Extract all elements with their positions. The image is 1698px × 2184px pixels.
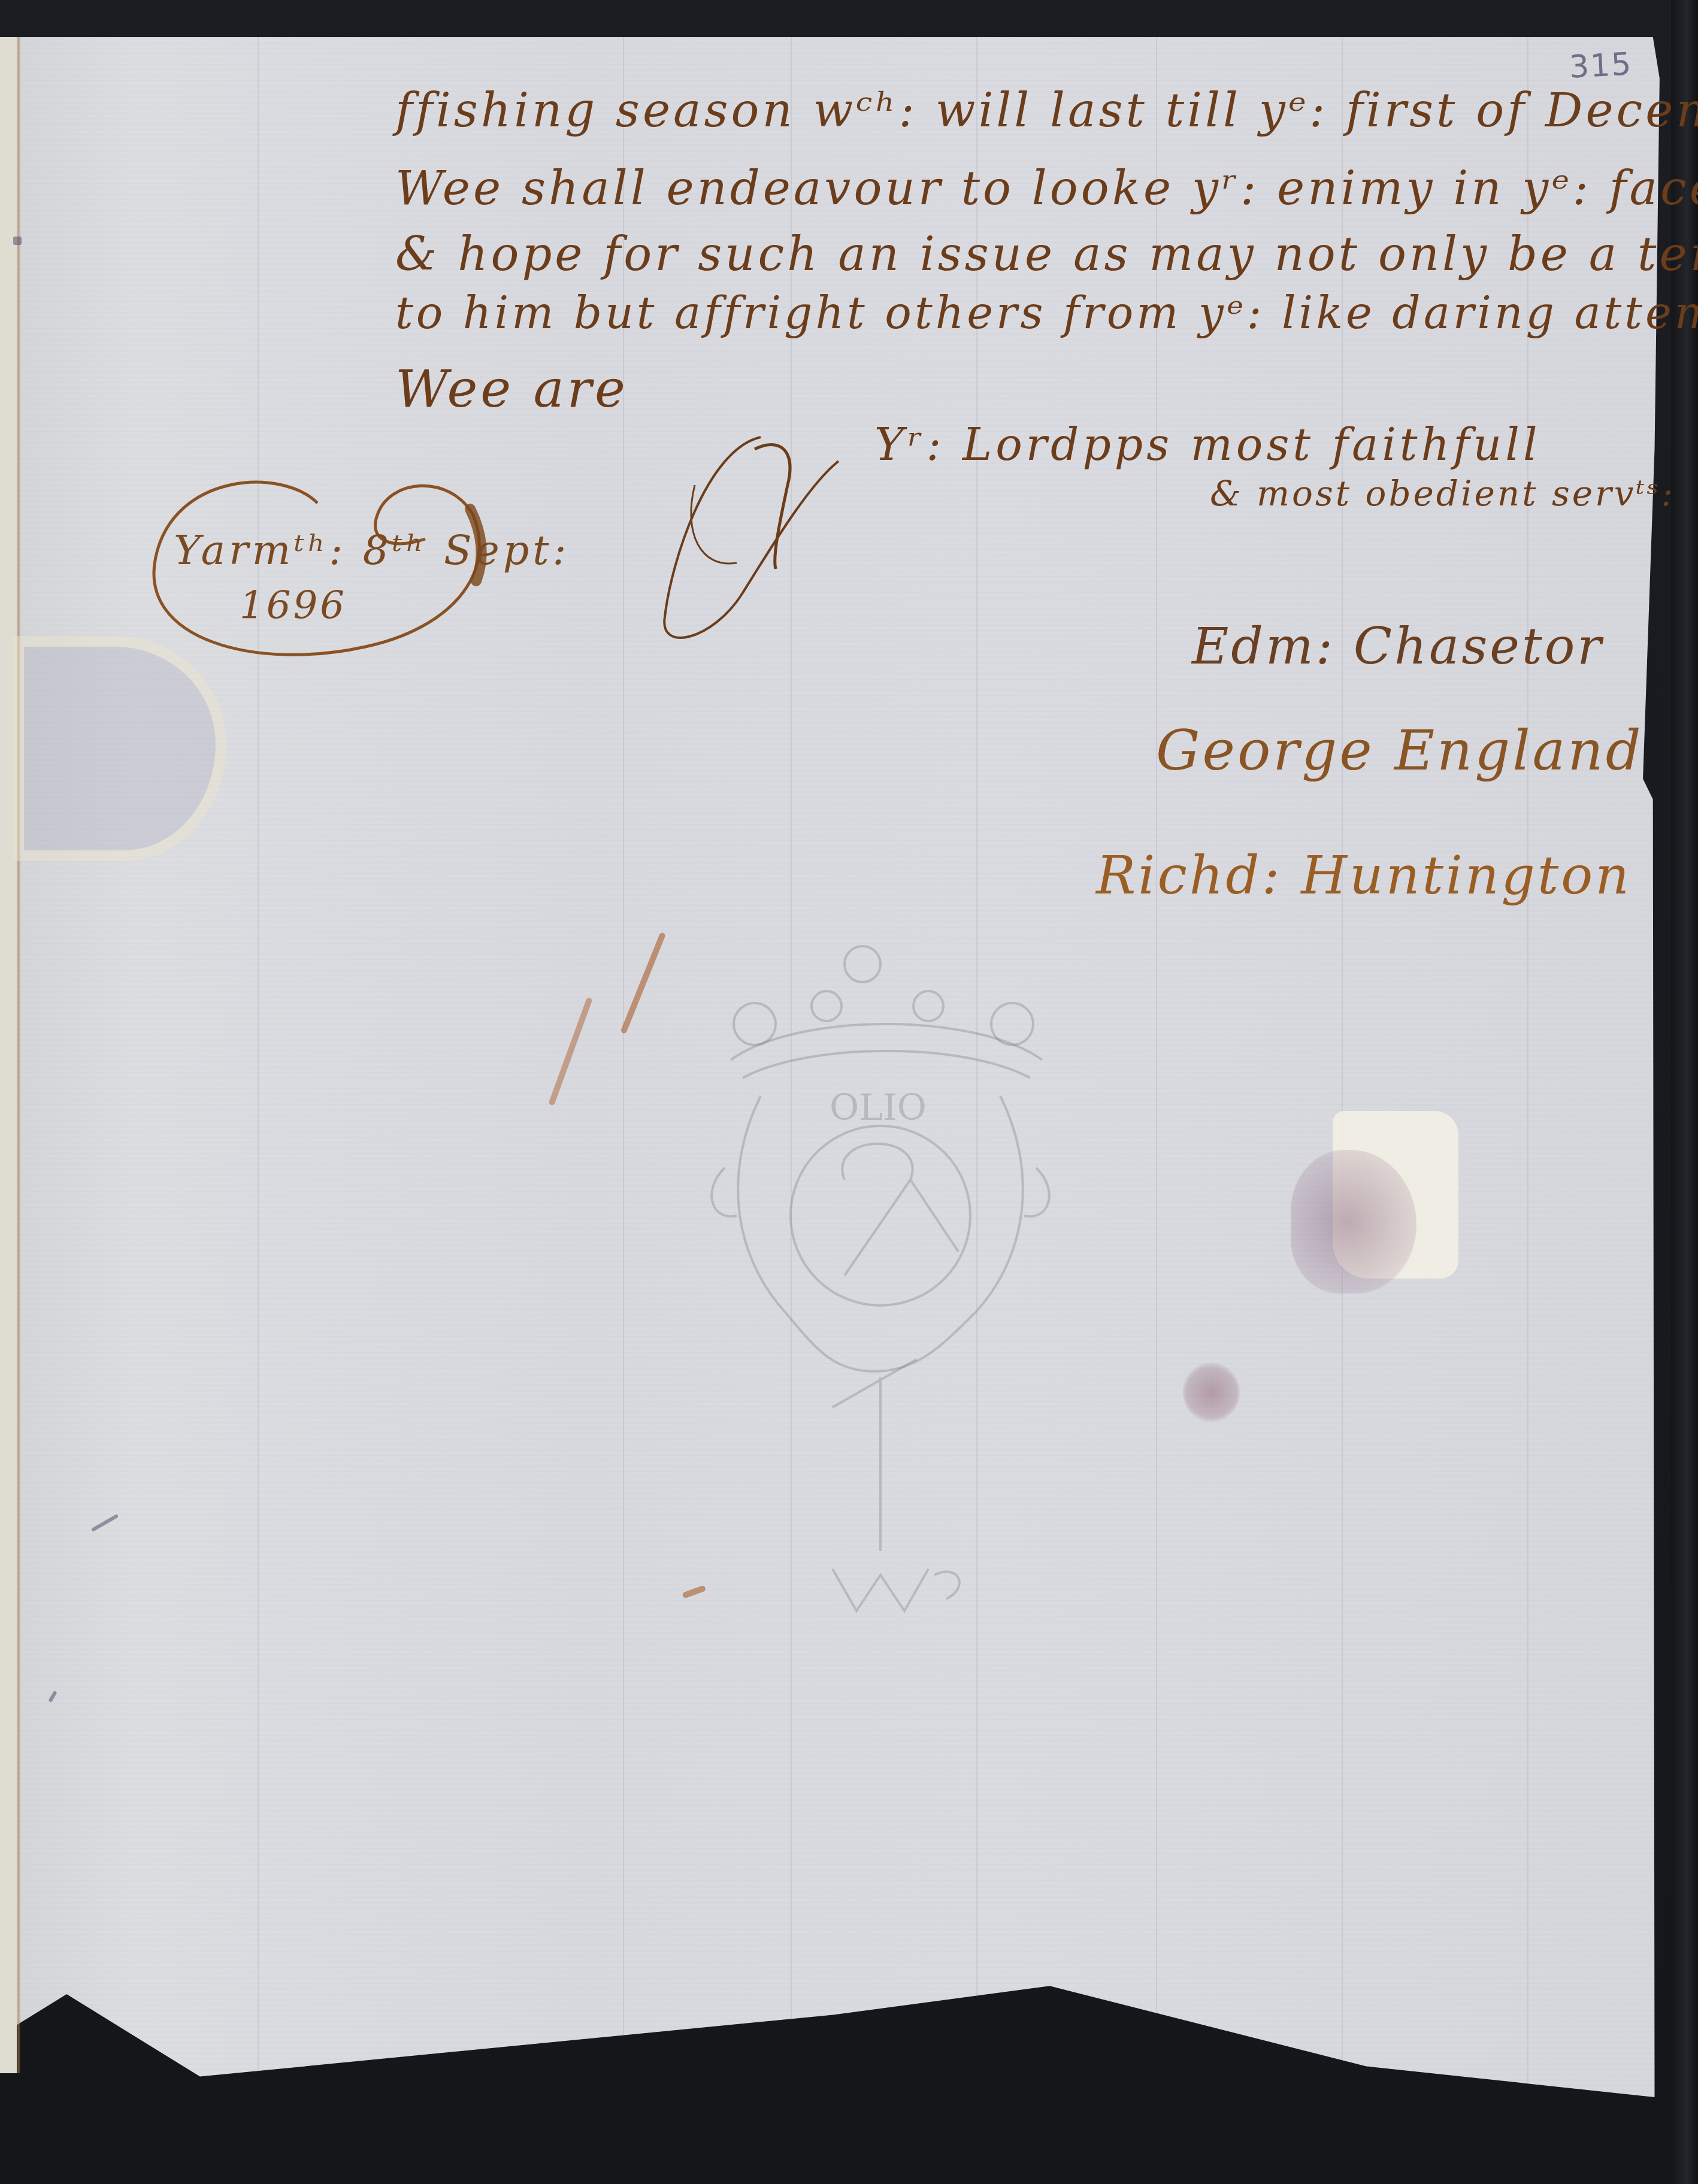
letter-line-1: ffishing season wᶜʰ: will last till yᵉ: …	[395, 84, 1698, 138]
chain-line	[1156, 37, 1157, 2097]
binding-gutter	[17, 37, 20, 2073]
letter-line-4: to him but affright others from yᵉ: like…	[395, 287, 1698, 339]
chain-line	[623, 37, 624, 2097]
wine-dot-stain	[1183, 1362, 1240, 1422]
closing-line-1: Yʳ: Lordpps most faithfull	[874, 419, 1541, 471]
signature-2: George England	[1156, 719, 1643, 783]
chain-line	[1527, 37, 1528, 2097]
letter-line-3: & hope for such an issue as may not only…	[395, 228, 1698, 281]
chain-line	[258, 37, 259, 2097]
pencil-mark	[13, 237, 22, 245]
letter-line-5: Wee are	[395, 359, 628, 419]
facing-page-edge	[0, 37, 17, 2073]
closing-line-2: & most obedient servᵗˢ:	[1210, 473, 1675, 514]
signature-3: Richd: Huntington	[1096, 844, 1632, 906]
date-year: 1696	[240, 584, 347, 628]
water-stain	[24, 647, 216, 850]
folio-number: 315	[1569, 46, 1633, 85]
signature-1: Edm: Chasetor	[1192, 617, 1604, 676]
closing-flourish-icon	[659, 413, 910, 653]
chain-line	[1342, 37, 1343, 2097]
date-place: Yarmᵗʰ: 8ᵗʰ Sept:	[174, 527, 570, 574]
watermark-crest-icon: OLIO	[677, 940, 1096, 1779]
watermark-letters: OLIO	[830, 1087, 927, 1129]
letter-line-2: Wee shall endeavour to looke yʳ: enimy i…	[395, 162, 1698, 216]
